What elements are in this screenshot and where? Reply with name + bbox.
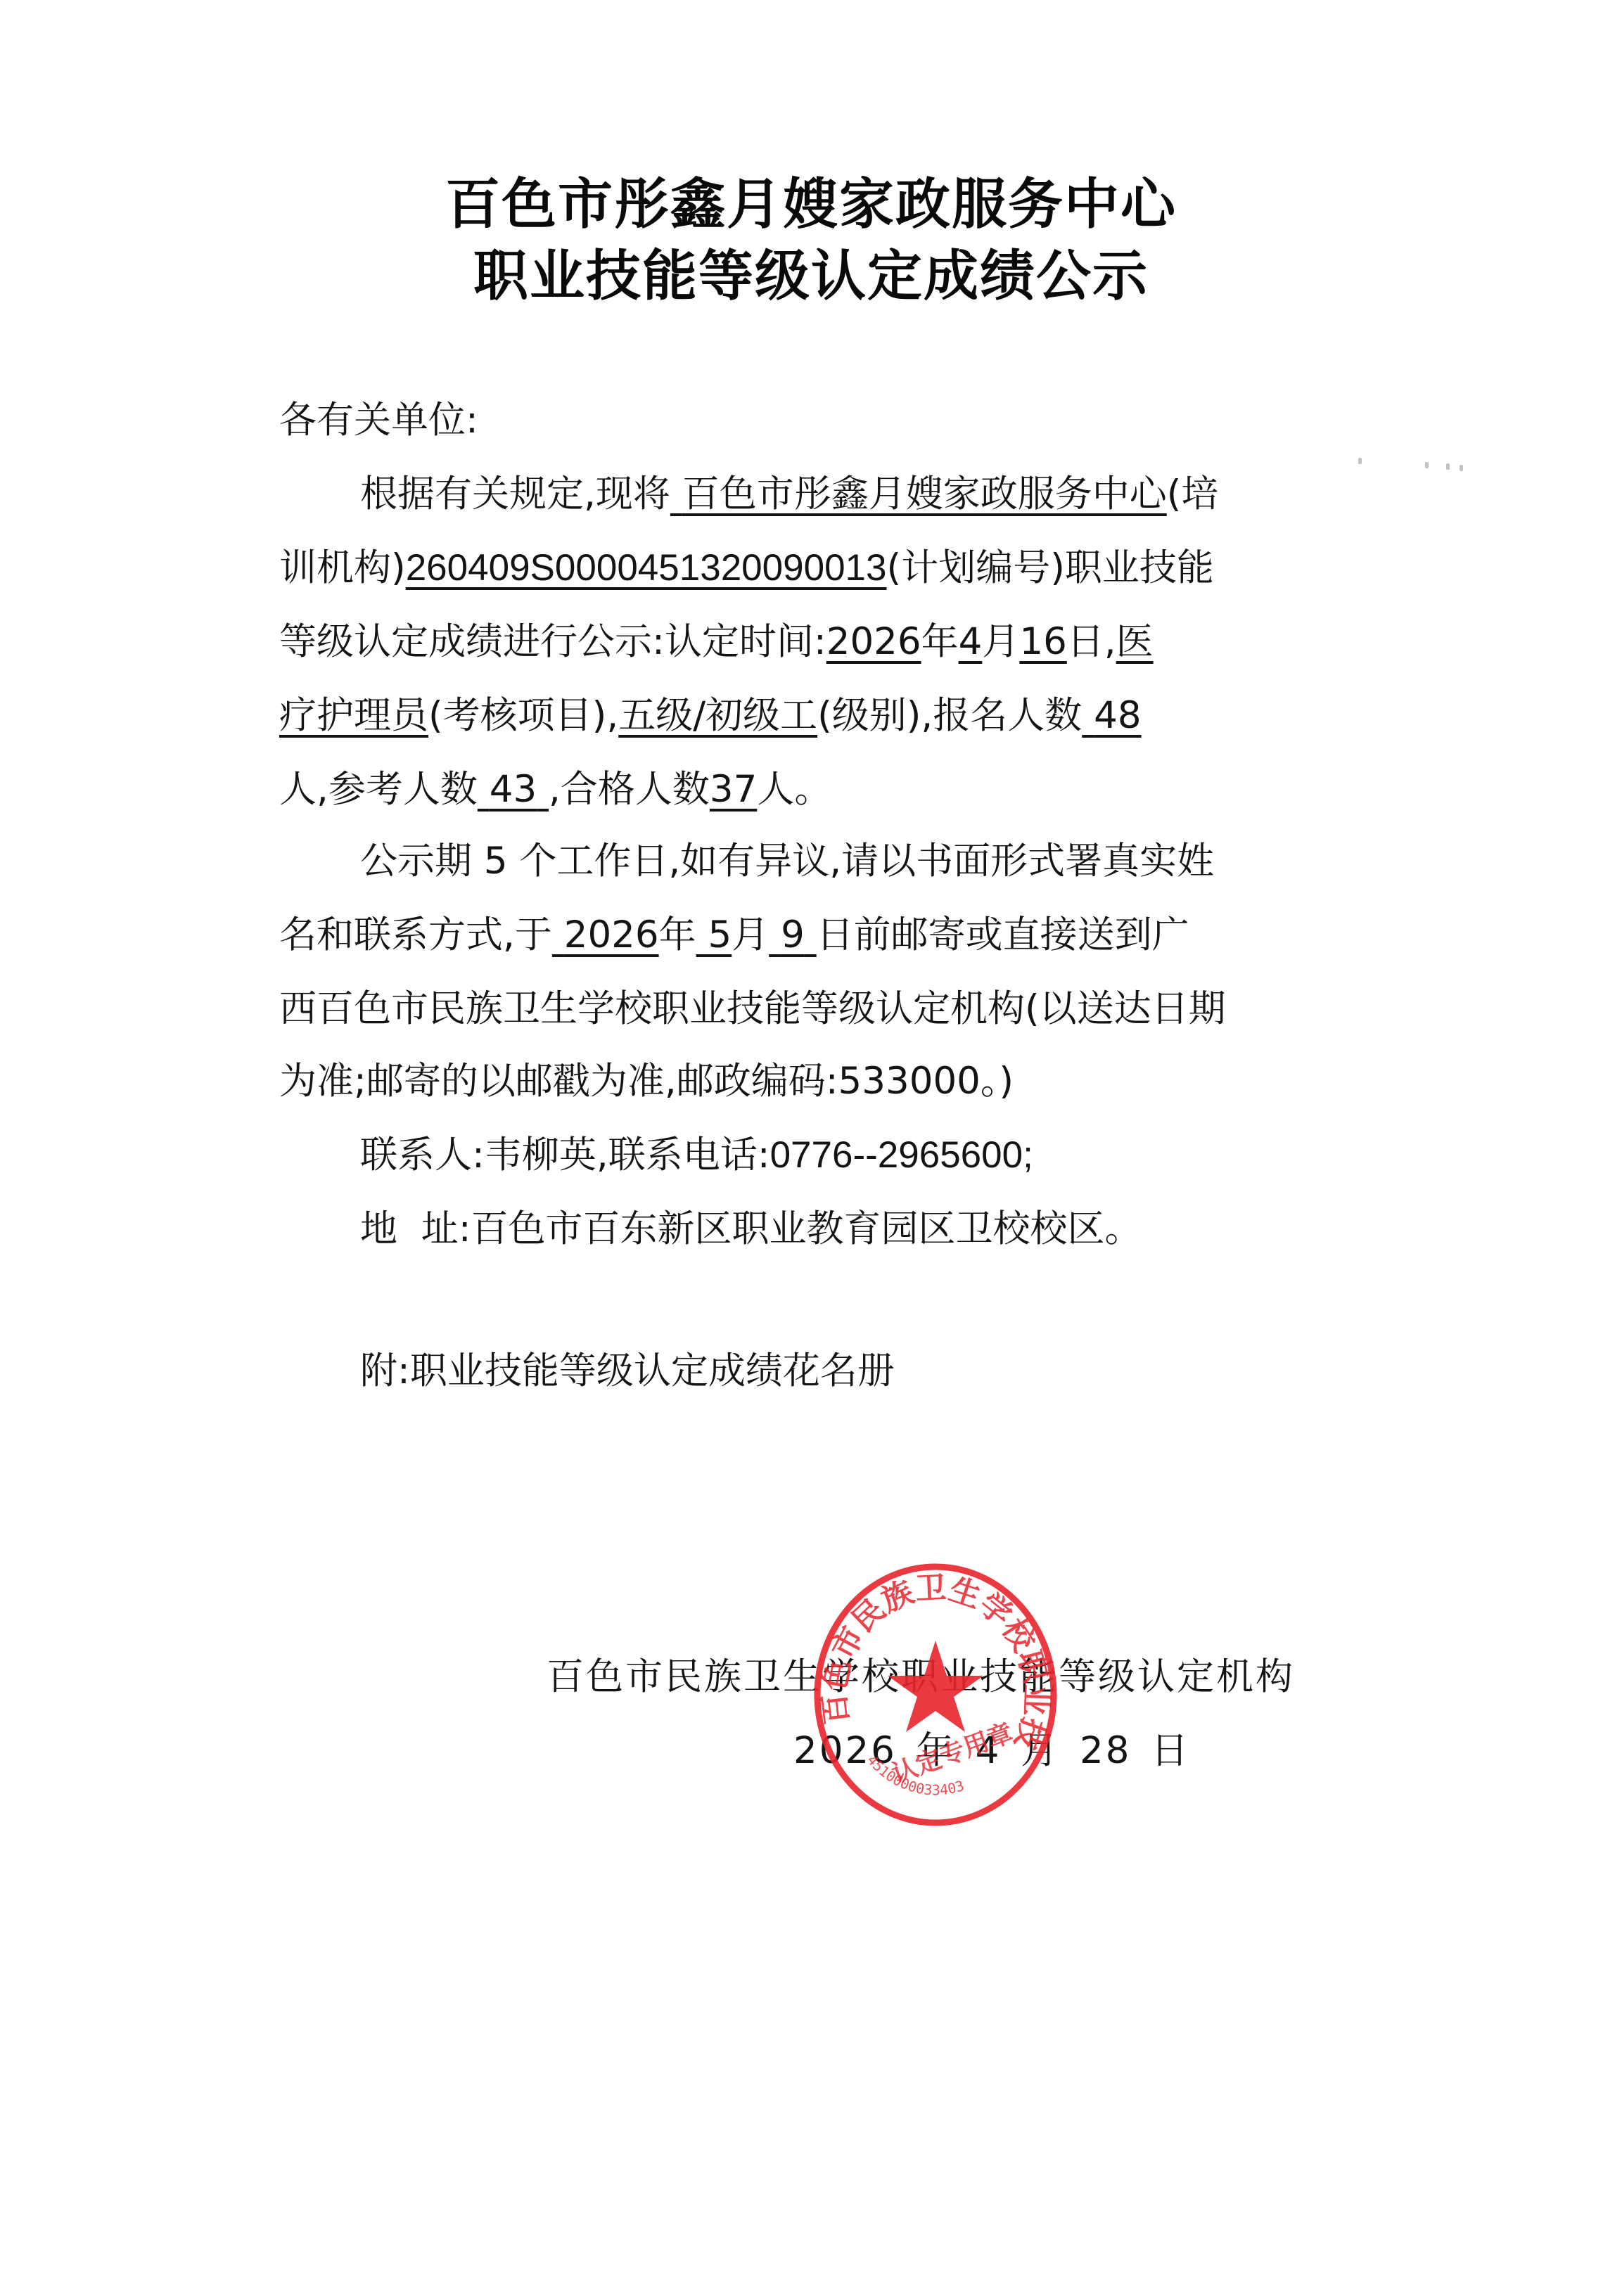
para1-lead: 根据有关规定,现将 bbox=[360, 473, 670, 515]
address-value: 百色市百东新区职业教育园区卫校校区。 bbox=[471, 1207, 1142, 1250]
plan-number: 260409S0000451320090013 bbox=[406, 547, 887, 589]
exam-level: 五级/初级工 bbox=[618, 694, 817, 737]
attachment-label: 附: bbox=[360, 1349, 410, 1392]
exam-month: 4 bbox=[959, 620, 983, 663]
para1-line2: 训机构)260409S0000451320090013(计划编号)职业技能 bbox=[279, 544, 1320, 593]
exam-day: 16 bbox=[1019, 620, 1066, 663]
document-page: 百色市彤鑫月嫂家政服务中心 职业技能等级认定成绩公示 各有关单位: 根据有关规定… bbox=[0, 0, 1622, 2296]
para2-line3: 西百色市民族卫生学校职业技能等级认定机构(以送达日期 bbox=[279, 985, 1320, 1034]
scan-speck bbox=[1446, 463, 1450, 470]
address-label: 地 址: bbox=[360, 1207, 471, 1250]
contact-line: 联系人:韦柳英,联系电话:0776--2965600; bbox=[360, 1131, 1320, 1180]
para1-line1: 根据有关规定,现将 百色市彤鑫月嫂家政服务中心(培 bbox=[360, 470, 1320, 519]
scan-speck bbox=[1425, 462, 1429, 468]
registered-count: 48 bbox=[1082, 694, 1141, 737]
para2-line4: 为准;邮寄的以邮戳为准,邮政编码:533000。) bbox=[279, 1057, 1320, 1106]
training-org-suffix: (培 bbox=[1167, 473, 1219, 515]
para1-line4: 疗护理员(考核项目),五级/初级工(级别),报名人数 48 bbox=[279, 691, 1320, 740]
deadline-month: 5 bbox=[696, 913, 732, 956]
contact-phone-label: 联系电话: bbox=[608, 1134, 770, 1176]
official-seal-icon: 百色市民族卫生学校职业技能 认定专用章 4510000033403 bbox=[809, 1558, 1062, 1832]
exam-project-part2: 疗护理员 bbox=[279, 694, 428, 737]
contact-name: 韦柳英, bbox=[485, 1134, 608, 1176]
passed-count: 37 bbox=[710, 768, 757, 811]
contact-label: 联系人: bbox=[360, 1134, 485, 1176]
contact-phone: 0776--2965600; bbox=[770, 1134, 1033, 1176]
document-title-line-1: 百色市彤鑫月嫂家政服务中心 bbox=[0, 160, 1622, 239]
attachment-line: 附:职业技能等级认定成绩花名册 bbox=[360, 1347, 1320, 1396]
document-title-line-2: 职业技能等级认定成绩公示 bbox=[0, 232, 1622, 311]
deadline-day: 9 bbox=[769, 913, 816, 956]
para2-line1: 公示期 5 个工作日,如有异议,请以书面形式署真实姓 bbox=[360, 837, 1320, 886]
training-org: 百色市彤鑫月嫂家政服务中心 bbox=[670, 473, 1167, 515]
address-line: 地 址:百色市百东新区职业教育园区卫校校区。 bbox=[360, 1205, 1320, 1254]
scan-speck bbox=[1358, 458, 1362, 464]
para1-line5: 人,参考人数 43 ,合格人数37人。 bbox=[279, 765, 1320, 814]
attended-count: 43 bbox=[478, 768, 549, 811]
exam-year: 2026 bbox=[826, 620, 921, 663]
scan-speck bbox=[1460, 465, 1463, 471]
para2-line2: 名和联系方式,于 2026年 5月 9 日前邮寄或直接送到广 bbox=[279, 911, 1320, 960]
deadline-year: 2026 bbox=[552, 913, 659, 956]
salutation: 各有关单位: bbox=[279, 396, 1320, 445]
attachment-value: 职业技能等级认定成绩花名册 bbox=[410, 1349, 895, 1392]
para1-line3: 等级认定成绩进行公示:认定时间:2026年4月16日,医 bbox=[279, 617, 1320, 667]
exam-project-part1: 医 bbox=[1116, 620, 1154, 663]
